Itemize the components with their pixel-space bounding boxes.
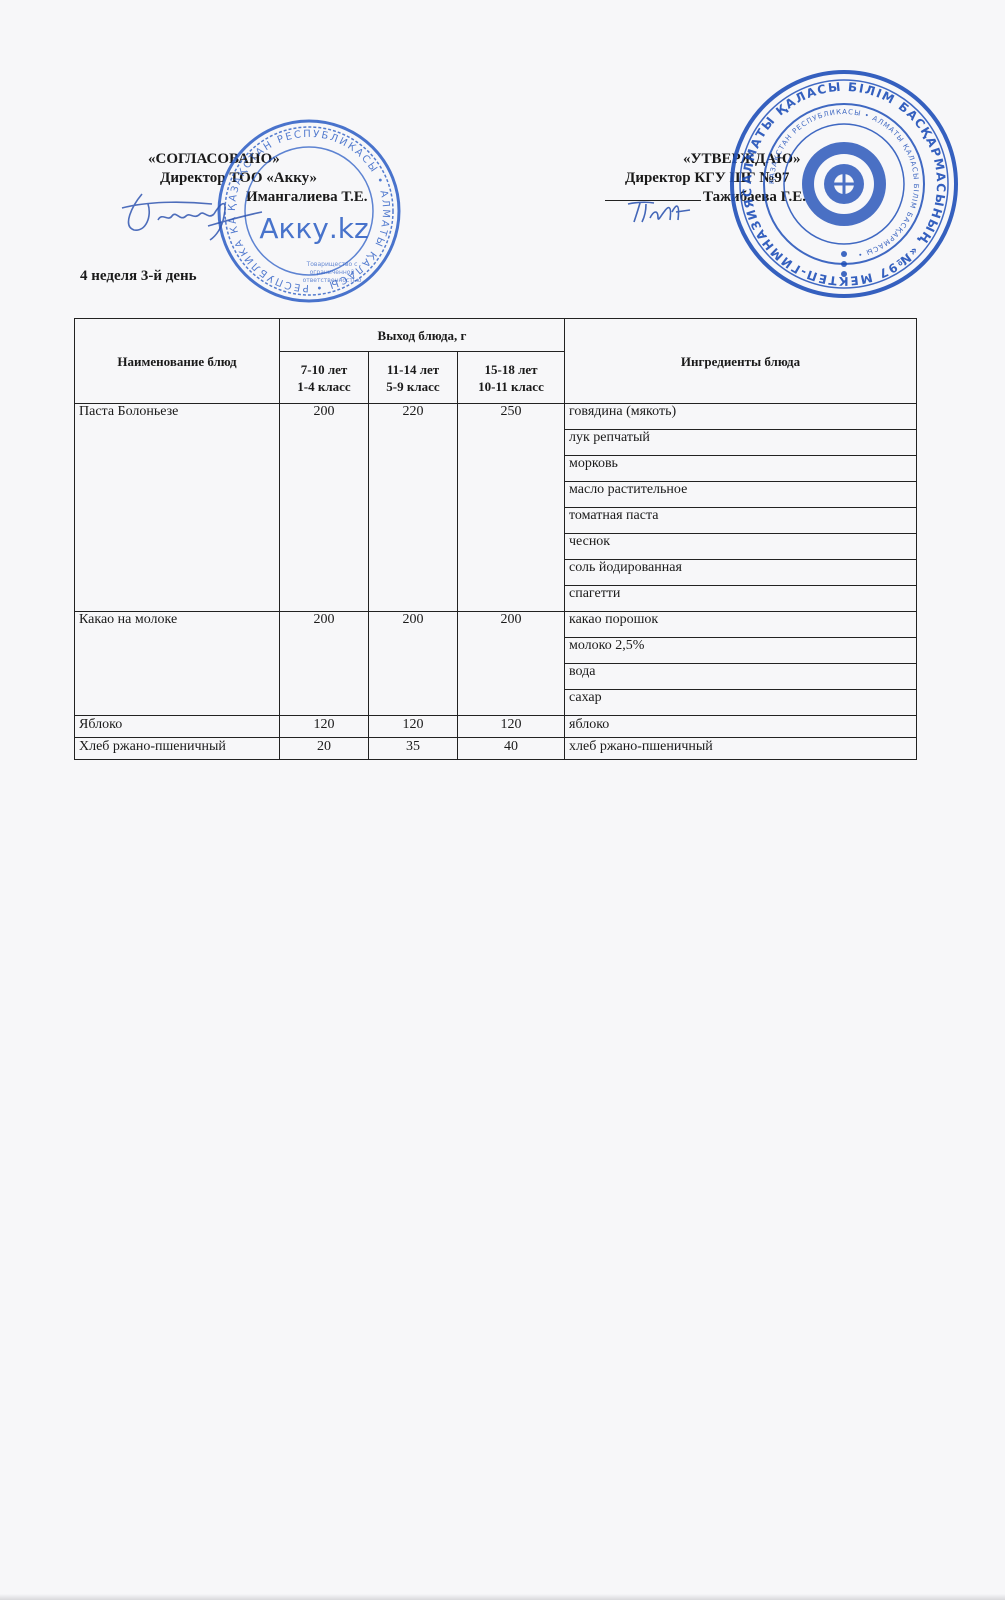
approval-approved-block: «УТВЕРЖДАЮ» Директор КГУ ШГ №97 Тажибаев… bbox=[605, 150, 865, 207]
ingredient: соль йодированная bbox=[565, 560, 917, 586]
approval-status: «СОГЛАСОВАНО» bbox=[120, 150, 400, 169]
ingredient: спагетти bbox=[565, 586, 917, 612]
dish-name: Паста Болоньезе bbox=[75, 404, 280, 612]
table-row: Какао на молоке200200200какао порошок bbox=[75, 612, 917, 638]
header-ingredients: Ингредиенты блюда bbox=[565, 319, 917, 404]
header-age-group: 7-10 лет1-4 класс bbox=[280, 352, 369, 404]
ingredient: морковь bbox=[565, 456, 917, 482]
ingredient: хлеб ржано-пшеничный bbox=[565, 738, 917, 760]
ingredient: масло растительное bbox=[565, 482, 917, 508]
approval-name-line: Тажибаева Г.Е. bbox=[605, 188, 865, 207]
dish-yield: 250 bbox=[458, 404, 565, 612]
dish-yield: 20 bbox=[280, 738, 369, 760]
ingredient: говядина (мякоть) bbox=[565, 404, 917, 430]
dish-yield: 220 bbox=[369, 404, 458, 612]
dish-yield: 120 bbox=[369, 716, 458, 738]
dish-yield: 200 bbox=[280, 404, 369, 612]
menu-table-body: Паста Болоньезе200220250говядина (мякоть… bbox=[75, 404, 917, 760]
table-row: Яблоко120120120яблоко bbox=[75, 716, 917, 738]
dish-name: Какао на молоке bbox=[75, 612, 280, 716]
menu-table: Наименование блюд Выход блюда, г Ингреди… bbox=[74, 318, 917, 760]
svg-text:Акку.kz: Акку.kz bbox=[259, 212, 368, 245]
dish-yield: 200 bbox=[369, 612, 458, 716]
page-edge bbox=[0, 1594, 1005, 1600]
approval-name: Тажибаева Г.Е. bbox=[703, 189, 806, 205]
svg-text:Товарищество с: Товарищество с bbox=[306, 261, 358, 268]
svg-text:ограниченной: ограниченной bbox=[310, 269, 355, 276]
approval-status: «УТВЕРЖДАЮ» bbox=[605, 150, 865, 169]
document-page: ҚАЗАҚСТАН РЕСПУБЛИКАСЫ • АЛМАТЫ ҚАЛАСЫ •… bbox=[0, 0, 1005, 1600]
table-header-row: Наименование блюд Выход блюда, г Ингреди… bbox=[75, 319, 917, 352]
header-yield: Выход блюда, г bbox=[280, 319, 565, 352]
ingredient: яблоко bbox=[565, 716, 917, 738]
ingredient: какао порошок bbox=[565, 612, 917, 638]
ingredient: вода bbox=[565, 664, 917, 690]
signature-line bbox=[605, 188, 701, 201]
svg-text:ответственностью: ответственностью bbox=[303, 277, 362, 284]
header-age-group: 11-14 лет5-9 класс bbox=[369, 352, 458, 404]
approval-agreed-block: «СОГЛАСОВАНО» Директор ТОО «Акку» Иманга… bbox=[120, 150, 400, 207]
dish-yield: 35 bbox=[369, 738, 458, 760]
ingredient: лук репчатый bbox=[565, 430, 917, 456]
table-row: Хлеб ржано-пшеничный203540хлеб ржано-пше… bbox=[75, 738, 917, 760]
ingredient: молоко 2,5% bbox=[565, 638, 917, 664]
approval-position: Директор ТОО «Акку» bbox=[120, 169, 400, 188]
dish-yield: 120 bbox=[280, 716, 369, 738]
table-row: Паста Болоньезе200220250говядина (мякоть… bbox=[75, 404, 917, 430]
ingredient: сахар bbox=[565, 690, 917, 716]
dish-yield: 40 bbox=[458, 738, 565, 760]
ingredient: томатная паста bbox=[565, 508, 917, 534]
header-dish-name: Наименование блюд bbox=[75, 319, 280, 404]
dish-name: Яблоко bbox=[75, 716, 280, 738]
ingredient: чеснок bbox=[565, 534, 917, 560]
header-age-group: 15-18 лет10-11 класс bbox=[458, 352, 565, 404]
stamp-akku-icon: ҚАЗАҚСТАН РЕСПУБЛИКАСЫ • АЛМАТЫ ҚАЛАСЫ •… bbox=[214, 116, 404, 306]
dish-name: Хлеб ржано-пшеничный bbox=[75, 738, 280, 760]
dish-yield: 200 bbox=[458, 612, 565, 716]
approval-position: Директор КГУ ШГ №97 bbox=[605, 169, 865, 188]
menu-day-title: 4 неделя 3-й день bbox=[80, 268, 197, 285]
approval-name: Имангалиева Т.Е. bbox=[120, 188, 400, 207]
dish-yield: 200 bbox=[280, 612, 369, 716]
dish-yield: 120 bbox=[458, 716, 565, 738]
